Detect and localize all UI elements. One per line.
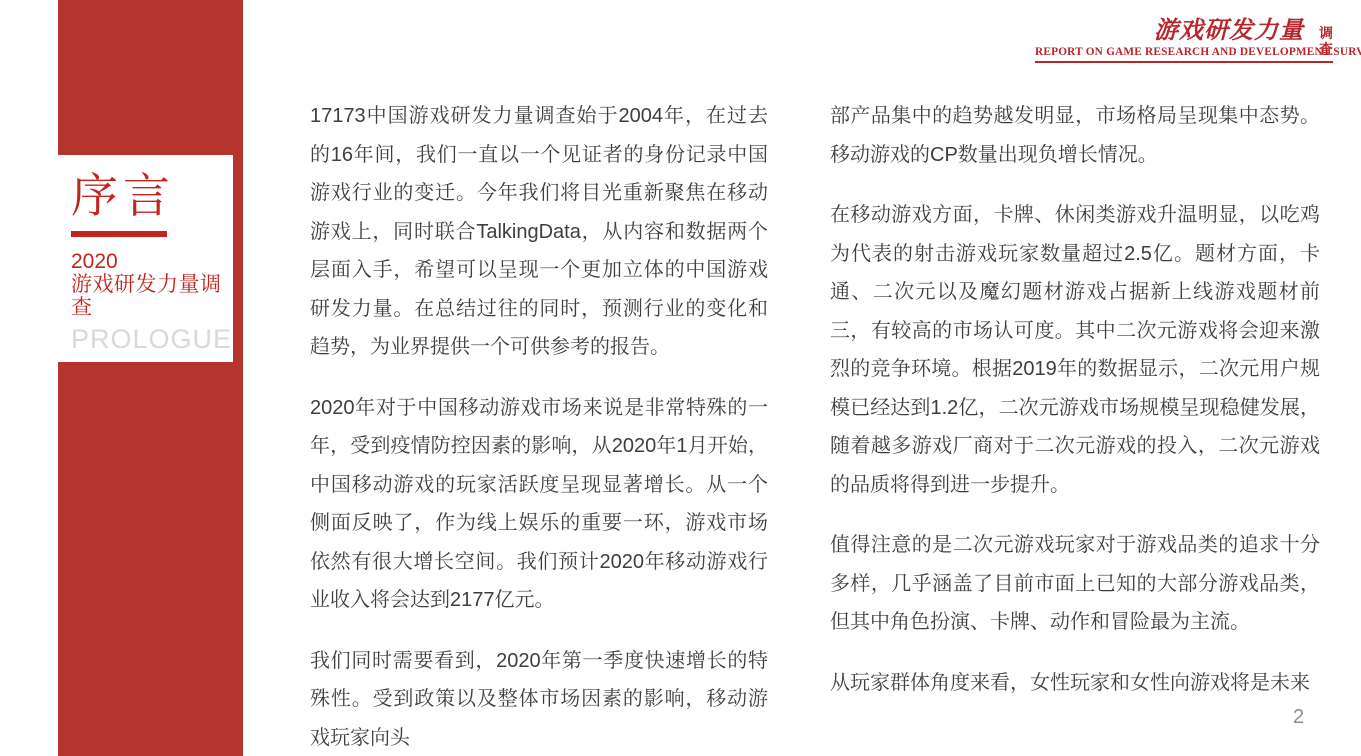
logo-brand-stack: 调 查 bbox=[1319, 25, 1333, 57]
right-paragraph-4: 从玩家群体角度来看，女性玩家和女性向游戏将是未来 bbox=[830, 664, 1320, 703]
section-title: 序言 bbox=[71, 170, 233, 222]
section-title-en: PROLOGUE bbox=[71, 324, 233, 354]
left-text-column: 17173中国游戏研发力量调查始于2004年，在过去的16年间，我们一直以一个见… bbox=[310, 97, 768, 756]
logo-brand-stack-char-2: 查 bbox=[1319, 41, 1333, 57]
report-year: 2020 bbox=[71, 250, 233, 273]
right-text-column: 部产品集中的趋势越发明显，市场格局呈现集中态势。移动游戏的CP数量出现负增长情况… bbox=[830, 97, 1320, 702]
header-logo: 游戏研发力量 调 查 REPORT ON GAME RESEARCH AND D… bbox=[1035, 19, 1333, 63]
logo-brand-zh: 游戏研发力量 bbox=[1035, 19, 1333, 43]
sidebar-red-band bbox=[58, 0, 243, 756]
right-paragraph-3: 值得注意的是二次元游戏玩家对于游戏品类的追求十分多样，几乎涵盖了目前市面上已知的… bbox=[830, 526, 1320, 642]
title-underline bbox=[71, 231, 167, 237]
report-name: 游戏研发力量调查 bbox=[71, 273, 233, 319]
left-paragraph-3: 我们同时需要看到，2020年第一季度快速增长的特殊性。受到政策以及整体市场因素的… bbox=[310, 642, 768, 756]
section-title-card: 序言 2020 游戏研发力量调查 PROLOGUE bbox=[58, 155, 233, 362]
left-paragraph-2: 2020年对于中国移动游戏市场来说是非常特殊的一年，受到疫情防控因素的影响，从2… bbox=[310, 389, 768, 620]
right-paragraph-1: 部产品集中的趋势越发明显，市场格局呈现集中态势。移动游戏的CP数量出现负增长情况… bbox=[830, 97, 1320, 174]
page-number: 2 bbox=[1293, 706, 1304, 729]
right-paragraph-2: 在移动游戏方面，卡牌、休闲类游戏升温明显，以吃鸡为代表的射击游戏玩家数量超过2.… bbox=[830, 196, 1320, 504]
left-paragraph-1: 17173中国游戏研发力量调查始于2004年，在过去的16年间，我们一直以一个见… bbox=[310, 97, 768, 367]
report-page: 序言 2020 游戏研发力量调查 PROLOGUE 游戏研发力量 调 查 REP… bbox=[0, 0, 1361, 756]
logo-subtitle-en: REPORT ON GAME RESEARCH AND DEVELOPMENT … bbox=[1035, 46, 1333, 58]
logo-underline bbox=[1035, 61, 1333, 63]
logo-brand-stack-char-1: 调 bbox=[1319, 25, 1333, 41]
